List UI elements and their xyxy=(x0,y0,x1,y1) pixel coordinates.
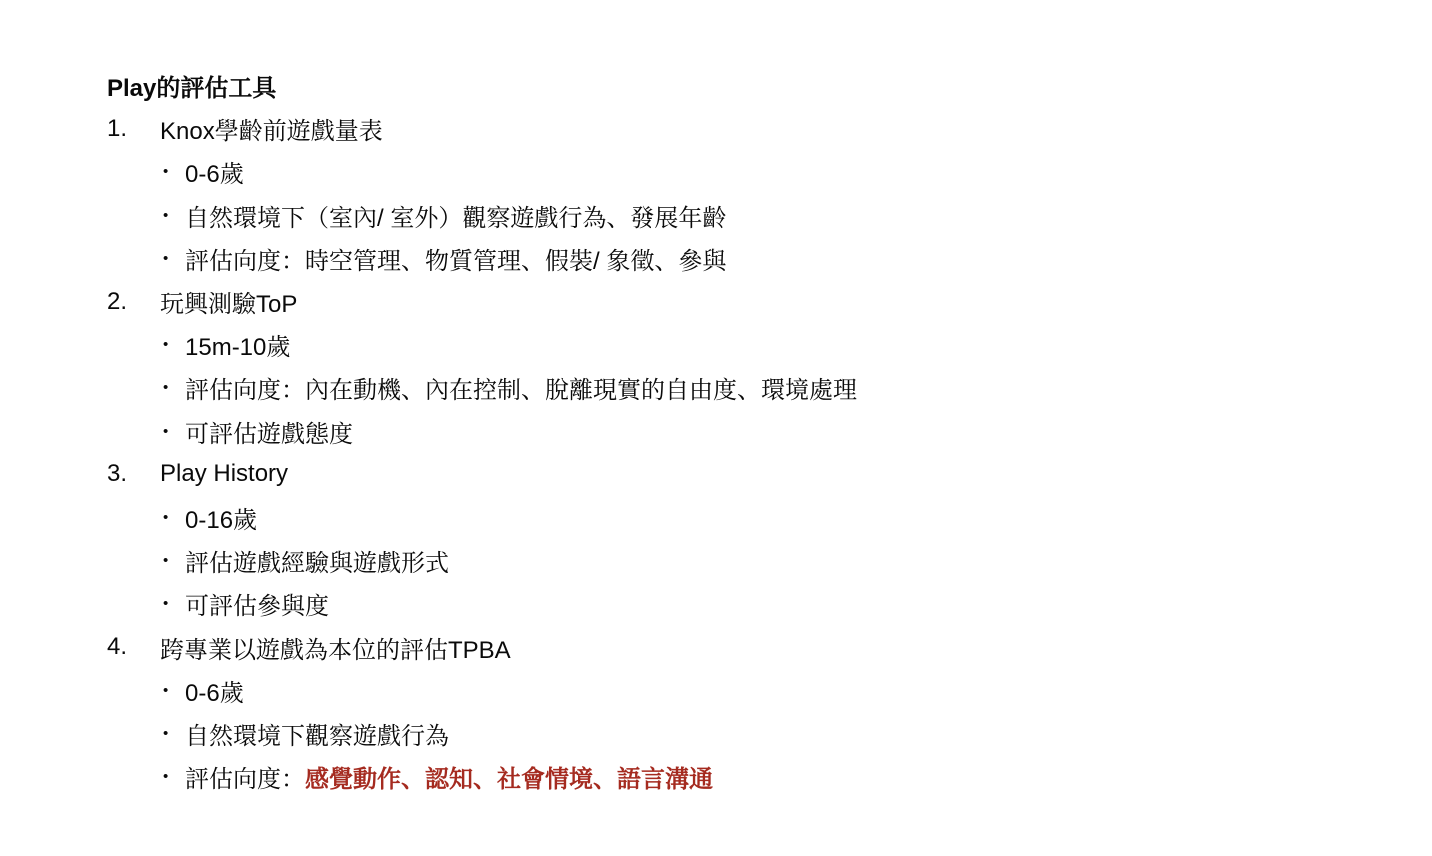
list-item-1: 1. Knox學齡前遊戲量表 xyxy=(107,107,1327,150)
bullet-icon: • xyxy=(160,250,185,267)
bullet-item: • 15m-10歲 xyxy=(107,323,1327,366)
item-number: 3. xyxy=(107,460,160,488)
bullet-item: • 評估向度：內在動機、內在控制、脫離現實的自由度、環境處理 xyxy=(107,366,1327,409)
bullet-text: 自然環境下（室內/ 室外）觀察遊戲行為、發展年齡 xyxy=(185,198,726,233)
page-title: Play的評估工具 xyxy=(107,64,1327,107)
bullet-text: 0-6歲 xyxy=(185,154,244,189)
document-body: Play的評估工具 1. Knox學齡前遊戲量表 • 0-6歲 • 自然環境下（… xyxy=(107,64,1327,798)
item-title: Knox學齡前遊戲量表 xyxy=(160,111,383,146)
item-title: Play History xyxy=(160,460,288,488)
bullet-text: 評估遊戲經驗與遊戲形式 xyxy=(185,543,449,578)
bullet-icon: • xyxy=(160,682,185,699)
list-item-2: 2. 玩興測驗ToP xyxy=(107,280,1327,323)
bullet-icon: • xyxy=(160,163,185,180)
bullet-text: 0-6歲 xyxy=(185,673,244,708)
bullet-icon: • xyxy=(160,725,185,742)
bullet-item: • 自然環境下觀察遊戲行為 xyxy=(107,712,1327,755)
bullet-item: • 評估向度：時空管理、物質管理、假裝/ 象徵、參與 xyxy=(107,237,1327,280)
bullet-item: • 可評估參與度 xyxy=(107,582,1327,625)
item-number: 1. xyxy=(107,115,160,143)
item-number: 4. xyxy=(107,633,160,661)
bullet-text: 自然環境下觀察遊戲行為 xyxy=(185,716,449,751)
bullet-icon: • xyxy=(160,552,185,569)
bullet-item: • 0-16歲 xyxy=(107,496,1327,539)
bullet-icon: • xyxy=(160,509,185,526)
bullet-item: • 自然環境下（室內/ 室外）觀察遊戲行為、發展年齡 xyxy=(107,194,1327,237)
bullet-item: • 0-6歲 xyxy=(107,150,1327,193)
bullet-text: 評估向度：內在動機、內在控制、脫離現實的自由度、環境處理 xyxy=(185,370,857,405)
bullet-item: • 0-6歲 xyxy=(107,669,1327,712)
list-item-3: 3. Play History xyxy=(107,453,1327,496)
bullet-text: 可評估遊戲態度 xyxy=(185,414,353,449)
bullet-icon: • xyxy=(160,595,185,612)
bullet-icon: • xyxy=(160,336,185,353)
bullet-icon: • xyxy=(160,423,185,440)
bullet-item: • 評估向度：感覺動作、認知、社會情境、語言溝通 xyxy=(107,755,1327,798)
item-title: 跨專業以遊戲為本位的評估TPBA xyxy=(160,630,511,665)
bullet-item: • 可評估遊戲態度 xyxy=(107,410,1327,453)
bullet-highlight-text: 感覺動作、認知、社會情境、語言溝通 xyxy=(305,759,713,794)
bullet-text: 評估向度： xyxy=(185,759,305,794)
bullet-icon: • xyxy=(160,207,185,224)
bullet-icon: • xyxy=(160,379,185,396)
item-number: 2. xyxy=(107,288,160,316)
bullet-icon: • xyxy=(160,768,185,785)
list-item-4: 4. 跨專業以遊戲為本位的評估TPBA xyxy=(107,625,1327,668)
item-title: 玩興測驗ToP xyxy=(160,284,297,319)
bullet-text: 評估向度：時空管理、物質管理、假裝/ 象徵、參與 xyxy=(185,241,726,276)
bullet-item: • 評估遊戲經驗與遊戲形式 xyxy=(107,539,1327,582)
bullet-text: 15m-10歲 xyxy=(185,327,290,362)
bullet-text: 可評估參與度 xyxy=(185,586,329,621)
bullet-text: 0-16歲 xyxy=(185,500,257,535)
